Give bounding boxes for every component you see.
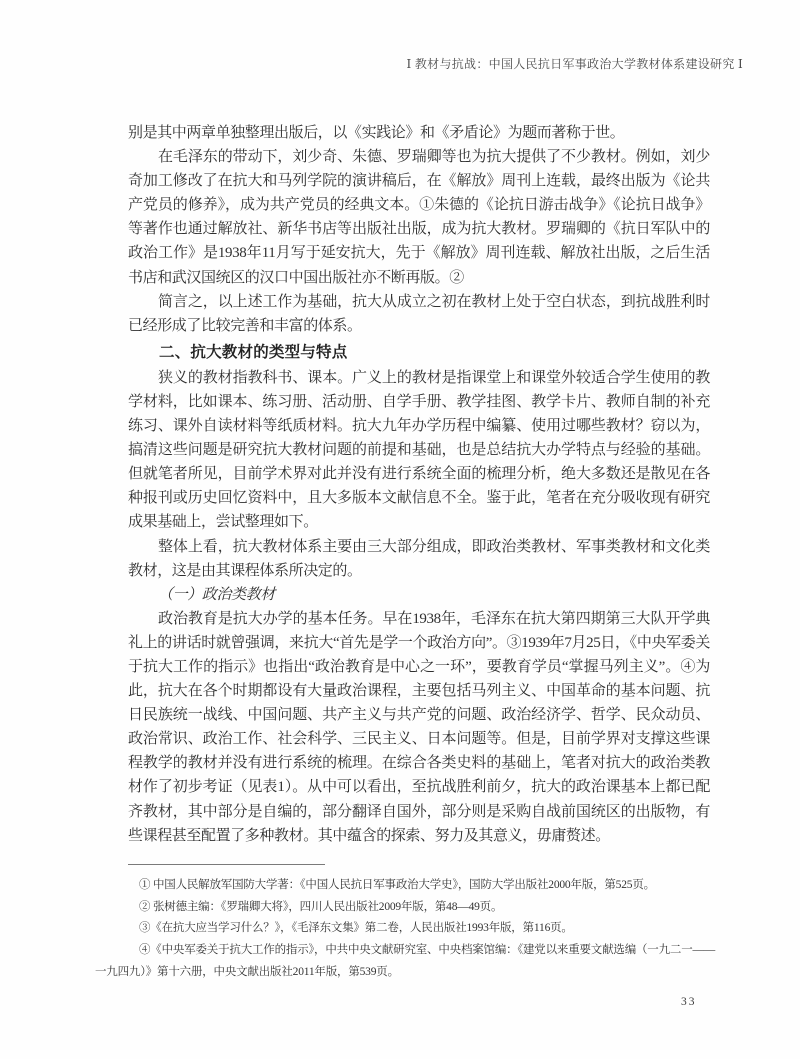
book-page: Ⅰ 教材与抗战：中国人民抗日军事政治大学教材体系建设研究 Ⅰ 别是其中两章单独整… [0,0,800,1059]
footnote-2: ② 张树德主编：《罗瑞卿大将》，四川人民出版社2009年版，第48—49页。 [128,897,718,919]
paragraph: 整体上看，抗大教材体系主要由三大部分组成，即政治类教材、军事类教材和文化类教材，… [128,535,710,583]
footnote-4-continued: 一九四九）》第十六册，中央文献出版社2011年版，第539页。 [95,962,718,984]
subsection-heading: （一）政治类教材 [128,583,710,607]
paragraph: 政治教育是抗大办学的基本任务。早在1938年，毛泽东在抗大第四期第三大队开学典礼… [128,607,710,848]
paragraph: 简言之，以上述工作为基础，抗大从成立之初在教材上处于空白状态，到抗战胜利时已经形… [128,290,710,338]
footnote-separator [128,864,325,865]
running-header: Ⅰ 教材与抗战：中国人民抗日军事政治大学教材体系建设研究 Ⅰ [407,55,743,72]
page-number: 33 [681,996,697,1008]
footnotes-section: ① 中国人民解放军国防大学著：《中国人民抗日军事政治大学史》，国防大学出版社20… [128,864,718,984]
footnote-4: ④《中央军委关于抗大工作的指示》，中共中央文献研究室、中央档案馆编：《建党以来重… [128,940,718,962]
footnote-1: ① 中国人民解放军国防大学著：《中国人民抗日军事政治大学史》，国防大学出版社20… [128,875,718,897]
paragraph-continuation: 别是其中两章单独整理出版后，以《实践论》和《矛盾论》为题而著称于世。 [128,121,710,145]
paragraph: 狭义的教材指教科书、课本。广义上的教材是指课堂上和课堂外较适合学生使用的教学材料… [128,366,710,535]
paragraph: 在毛泽东的带动下，刘少奇、朱德、罗瑞卿等也为抗大提供了不少教材。例如，刘少奇加工… [128,145,710,290]
page-body: 别是其中两章单独整理出版后，以《实践论》和《矛盾论》为题而著称于世。 在毛泽东的… [128,121,710,848]
footnote-3: ③《在抗大应当学习什么？》，《毛泽东文集》第二卷，人民出版社1993年版，第11… [128,918,718,940]
section-heading: 二、抗大教材的类型与特点 [128,341,710,365]
